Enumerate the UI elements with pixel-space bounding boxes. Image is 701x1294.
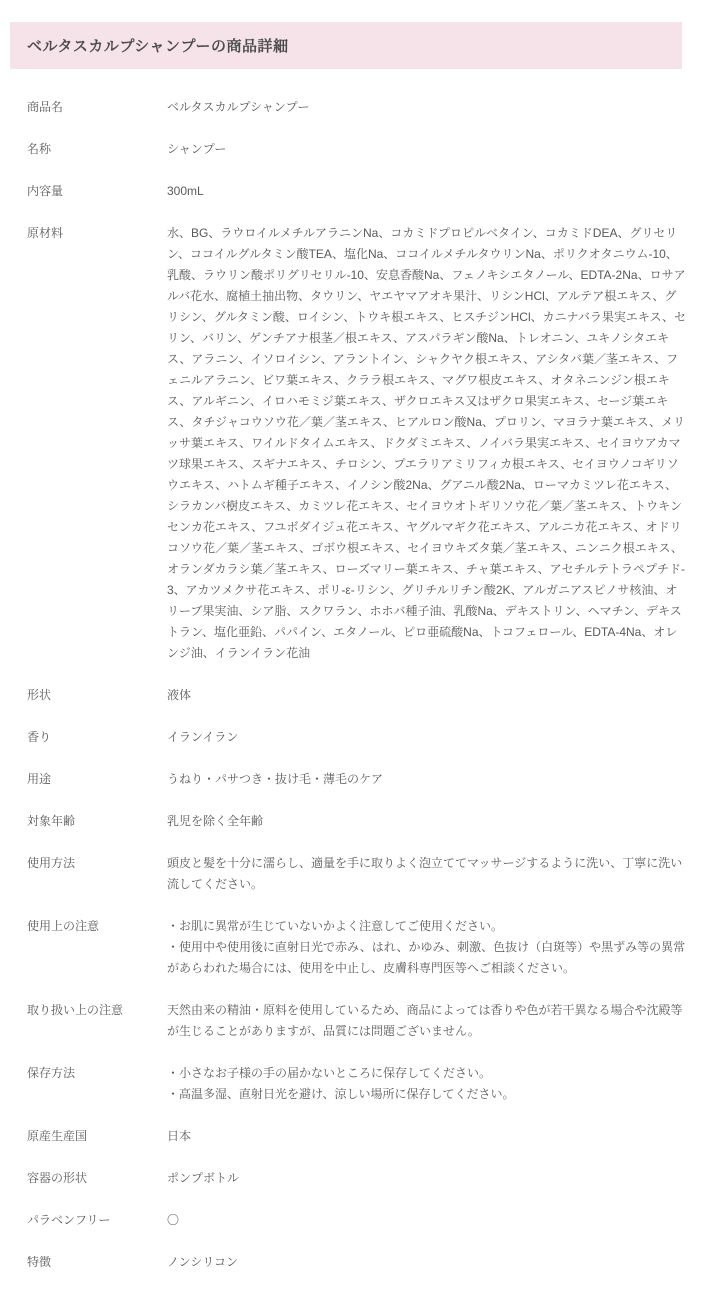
row-label: 商品名 <box>27 97 167 118</box>
row-value: イランイラン <box>167 727 687 748</box>
table-row: 原材料 水、BG、ラウロイルメチルアラニンNa、コカミドプロピルベタイン、コカミ… <box>27 223 687 664</box>
row-value: ベルタスカルプシャンプー <box>167 97 687 118</box>
row-value: 300mL <box>167 181 687 202</box>
row-label: 内容量 <box>27 181 167 202</box>
table-row: 保存方法 ・小さなお子様の手の届かないところに保存してください。 ・高温多湿、直… <box>27 1063 687 1105</box>
table-row: 容器の形状 ポンプボトル <box>27 1168 687 1189</box>
table-row: 原産生産国 日本 <box>27 1126 687 1147</box>
row-value: ノンシリコン <box>167 1252 687 1273</box>
table-row: 使用上の注意 ・お肌に異常が生じていないかよく注意してご使用ください。 ・使用中… <box>27 916 687 979</box>
table-row: 商品名 ベルタスカルプシャンプー <box>27 97 687 118</box>
row-value: ・お肌に異常が生じていないかよく注意してご使用ください。 ・使用中や使用後に直射… <box>167 916 687 979</box>
row-value: 液体 <box>167 685 687 706</box>
row-value: 頭皮と髪を十分に濡らし、適量を手に取りよく泡立ててマッサージするように洗い、丁寧… <box>167 853 687 895</box>
row-label: 使用方法 <box>27 853 167 874</box>
table-row: 対象年齢 乳児を除く全年齢 <box>27 811 687 832</box>
row-value: シャンプー <box>167 139 687 160</box>
row-value: 日本 <box>167 1126 687 1147</box>
row-value: 乳児を除く全年齢 <box>167 811 687 832</box>
row-label: 香り <box>27 727 167 748</box>
row-label: 用途 <box>27 769 167 790</box>
table-row: パラベンフリー 〇 <box>27 1210 687 1231</box>
row-label: 容器の形状 <box>27 1168 167 1189</box>
row-label: 原材料 <box>27 223 167 244</box>
table-row: 形状 液体 <box>27 685 687 706</box>
table-row: 取り扱い上の注意 天然由来の精油・原料を使用しているため、商品によっては香りや色… <box>27 1000 687 1042</box>
row-value: ・小さなお子様の手の届かないところに保存してください。 ・高温多湿、直射日光を避… <box>167 1063 687 1105</box>
row-value: ポンプボトル <box>167 1168 687 1189</box>
row-label: 対象年齢 <box>27 811 167 832</box>
row-label: 形状 <box>27 685 167 706</box>
row-label: 名称 <box>27 139 167 160</box>
row-label: パラベンフリー <box>27 1210 167 1231</box>
table-row: 使用方法 頭皮と髪を十分に濡らし、適量を手に取りよく泡立ててマッサージするように… <box>27 853 687 895</box>
table-row: 内容量 300mL <box>27 181 687 202</box>
table-row: 名称 シャンプー <box>27 139 687 160</box>
row-value: 〇 <box>167 1210 687 1231</box>
row-label: 特徴 <box>27 1252 167 1273</box>
row-label: 原産生産国 <box>27 1126 167 1147</box>
table-row: 用途 うねり・パサつき・抜け毛・薄毛のケア <box>27 769 687 790</box>
product-detail-section-header: ベルタスカルプシャンプーの商品詳細 <box>10 22 682 69</box>
row-value: 天然由来の精油・原料を使用しているため、商品によっては香りや色が若干異なる場合や… <box>167 1000 687 1042</box>
table-row: 特徴 ノンシリコン <box>27 1252 687 1273</box>
table-row: 香り イランイラン <box>27 727 687 748</box>
section-title: ベルタスカルプシャンプーの商品詳細 <box>27 38 289 55</box>
row-value: 水、BG、ラウロイルメチルアラニンNa、コカミドプロピルベタイン、コカミドDEA… <box>167 223 687 664</box>
row-label: 保存方法 <box>27 1063 167 1084</box>
row-value: うねり・パサつき・抜け毛・薄毛のケア <box>167 769 687 790</box>
row-label: 使用上の注意 <box>27 916 167 937</box>
product-detail-table: 商品名 ベルタスカルプシャンプー 名称 シャンプー 内容量 300mL 原材料 … <box>27 97 687 1273</box>
row-label: 取り扱い上の注意 <box>27 1000 167 1021</box>
